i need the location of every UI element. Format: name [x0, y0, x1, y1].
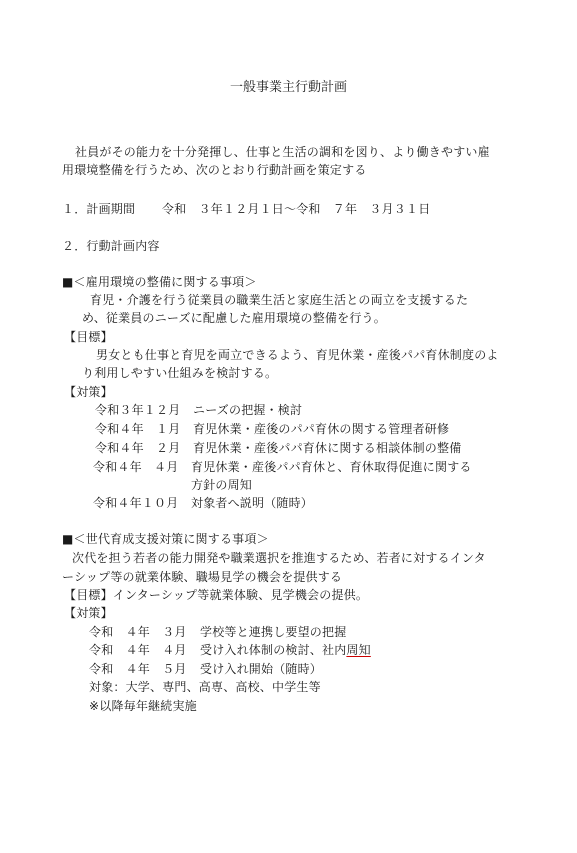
- employment-goal-2: り利用しやすい仕組みを検討する。: [82, 366, 277, 380]
- nextgen-goal: 【目標】インターシップ等就業体験、見学機会の提供。: [64, 588, 368, 602]
- nextgen-measure-date: 令和 ４年 ４月: [89, 643, 187, 657]
- employment-measure-date: 令和４年 １月: [95, 422, 180, 436]
- employment-measure-date: 令和４年 ４月: [93, 460, 178, 474]
- plan-period-label: １．計画期間: [62, 202, 135, 216]
- employment-measure-text: 育児休業・産後パパ育休と、育休取得促進に関する: [191, 460, 472, 474]
- employment-measure-text: 対象者へ説明（随時）: [191, 496, 313, 510]
- employment-measure-text: 育児休業・産後のパパ育休の関する管理者研修: [193, 422, 449, 436]
- nextgen-measure-text-main: 受け入れ体制の検討、社内: [200, 643, 346, 657]
- employment-measure-text: ニーズの把握・検討: [193, 403, 302, 417]
- plan-content-label: ２．行動計画内容: [62, 239, 160, 253]
- spellcheck-marked-word: 周知: [346, 643, 370, 657]
- nextgen-measure-text: 受け入れ体制の検討、社内周知: [200, 643, 371, 657]
- plan-period-value: 令和 ３年１２月１日～令和 ７年 ３月３１日: [162, 202, 430, 216]
- employment-goal-1: 男女とも仕事と育児を両立できるよう、育児休業・産後パパ育休制度のよ: [96, 348, 499, 362]
- intro-line-2: 用環境整備を行うため、次のとおり行動計画を策定する: [62, 163, 367, 177]
- employment-measure-text: 育児休業・産後パパ育休に関する相談体制の整備: [193, 441, 461, 455]
- employment-goal-label: 【目標】: [64, 330, 113, 344]
- nextgen-target: 対象：大学、専門、高専、高校、中学生等: [89, 680, 321, 694]
- nextgen-measure-text: 受け入れ開始（随時）: [200, 662, 322, 676]
- employment-measure-date: 令和４年 ２月: [95, 441, 180, 455]
- employment-measure-date: 令和４年１０月: [93, 496, 178, 510]
- nextgen-note: ※以降毎年継続実施: [89, 699, 197, 713]
- employment-measures-label: 【対策】: [64, 385, 113, 399]
- employment-body-2: め、従業員のニーズに配慮した雇用環境の整備を行う。: [82, 311, 386, 325]
- intro-line-1: 社員がその能力を十分発揮し、仕事と生活の調和を図り、より働きやすい雇: [75, 145, 490, 159]
- employment-measure-date: 令和３年１２月: [95, 403, 180, 417]
- employment-measure-text-cont: 方針の周知: [191, 478, 252, 492]
- nextgen-measure-date: 令和 ４年 ３月: [89, 625, 187, 639]
- nextgen-measure-text: 学校等と連携し要望の把握: [200, 625, 346, 639]
- nextgen-measure-date: 令和 ４年 ５月: [89, 662, 187, 676]
- nextgen-body-1: 次代を担う若者の能力開発や職業選択を推進するため、若者に対するインタ: [72, 551, 486, 565]
- nextgen-measures-label: 【対策】: [64, 606, 113, 620]
- nextgen-heading: ■＜世代育成支援対策に関する事項＞: [62, 532, 269, 546]
- document-title: 一般事業主行動計画: [0, 80, 577, 96]
- employment-body-1: 育児・介護を行う従業員の職業生活と家庭生活との両立を支援するた: [90, 293, 468, 307]
- nextgen-body-2: ーシップ等の就業体験、職場見学の機会を提供する: [62, 570, 342, 584]
- employment-heading: ■＜雇用環境の整備に関する事項＞: [62, 275, 257, 289]
